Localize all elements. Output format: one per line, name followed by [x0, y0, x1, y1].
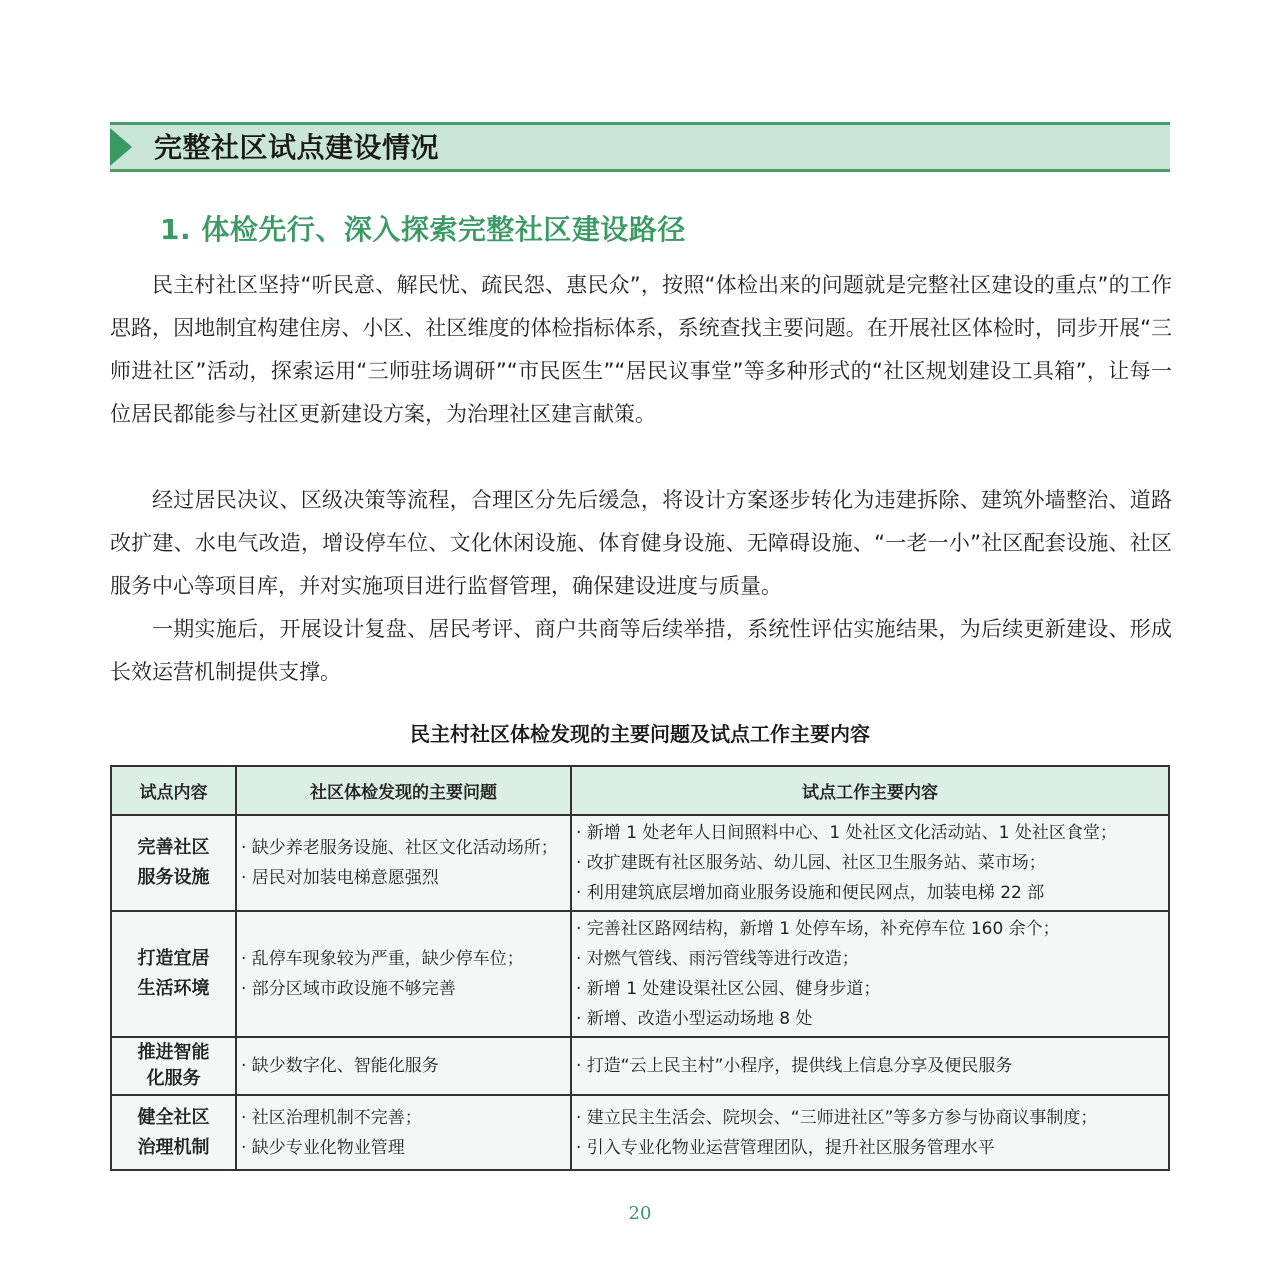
- section-heading: 1. 体检先行、深入探索完整社区建设路径: [160, 208, 686, 252]
- problems-cell: · 社区治理机制不完善； · 缺少专业化物业管理: [236, 1095, 571, 1170]
- row-label: 推进智能 化服务: [111, 1037, 236, 1095]
- table-title: 民主村社区体检发现的主要问题及试点工作主要内容: [0, 716, 1280, 752]
- table-row: 打造宜居 生活环境 · 乱停车现象较为严重，缺少停车位； · 部分区域市政设施不…: [111, 911, 1169, 1037]
- section-banner: 完整社区试点建设情况: [110, 122, 1170, 172]
- work-cell: · 打造“云上民主村”小程序，提供线上信息分享及便民服务: [571, 1037, 1169, 1095]
- header-pilot-content: 试点内容: [111, 766, 236, 815]
- table-row: 完善社区 服务设施 · 缺少养老服务设施、社区文化活动场所； · 居民对加装电梯…: [111, 815, 1169, 911]
- arrow-right-icon: [110, 128, 132, 166]
- row-label: 健全社区 治理机制: [111, 1095, 236, 1170]
- problems-cell: · 缺少数字化、智能化服务: [236, 1037, 571, 1095]
- row-label: 打造宜居 生活环境: [111, 911, 236, 1037]
- work-cell: · 新增 1 处老年人日间照料中心、1 处社区文化活动站、1 处社区食堂； · …: [571, 815, 1169, 911]
- banner-title: 完整社区试点建设情况: [154, 129, 439, 167]
- problems-cell: · 乱停车现象较为严重，缺少停车位； · 部分区域市政设施不够完善: [236, 911, 571, 1037]
- page-number: 20: [0, 1203, 1280, 1224]
- paragraph-1: 民主村社区坚持“听民意、解民忧、疏民怨、惠民众”，按照“体检出来的问题就是完整社…: [110, 264, 1172, 436]
- header-work-content: 试点工作主要内容: [571, 766, 1169, 815]
- work-cell: · 建立民主生活会、院坝会、“三师进社区”等多方参与协商议事制度； · 引入专业…: [571, 1095, 1169, 1170]
- table-row: 健全社区 治理机制 · 社区治理机制不完善； · 缺少专业化物业管理 · 建立民…: [111, 1095, 1169, 1170]
- table-header-row: 试点内容 社区体检发现的主要问题 试点工作主要内容: [111, 766, 1169, 815]
- header-problems: 社区体检发现的主要问题: [236, 766, 571, 815]
- paragraph-text: 民主村社区坚持“听民意、解民忧、疏民怨、惠民众”，按照“体检出来的问题就是完整社…: [110, 264, 1172, 436]
- paragraph-2: 经过居民决议、区级决策等流程，合理区分先后缓急，将设计方案逐步转化为违建拆除、建…: [110, 479, 1172, 608]
- problems-cell: · 缺少养老服务设施、社区文化活动场所； · 居民对加装电梯意愿强烈: [236, 815, 571, 911]
- paragraph-text: 经过居民决议、区级决策等流程，合理区分先后缓急，将设计方案逐步转化为违建拆除、建…: [110, 479, 1172, 608]
- paragraph-text: 一期实施后，开展设计复盘、居民考评、商户共商等后续举措，系统性评估实施结果，为后…: [110, 608, 1172, 694]
- work-cell: · 完善社区路网结构，新增 1 处停车场，补充停车位 160 余个； · 对燃气…: [571, 911, 1169, 1037]
- table-row: 推进智能 化服务 · 缺少数字化、智能化服务 · 打造“云上民主村”小程序，提供…: [111, 1037, 1169, 1095]
- row-label: 完善社区 服务设施: [111, 815, 236, 911]
- pilot-content-table: 试点内容 社区体检发现的主要问题 试点工作主要内容 完善社区 服务设施 · 缺少…: [110, 765, 1170, 1171]
- paragraph-3: 一期实施后，开展设计复盘、居民考评、商户共商等后续举措，系统性评估实施结果，为后…: [110, 608, 1172, 694]
